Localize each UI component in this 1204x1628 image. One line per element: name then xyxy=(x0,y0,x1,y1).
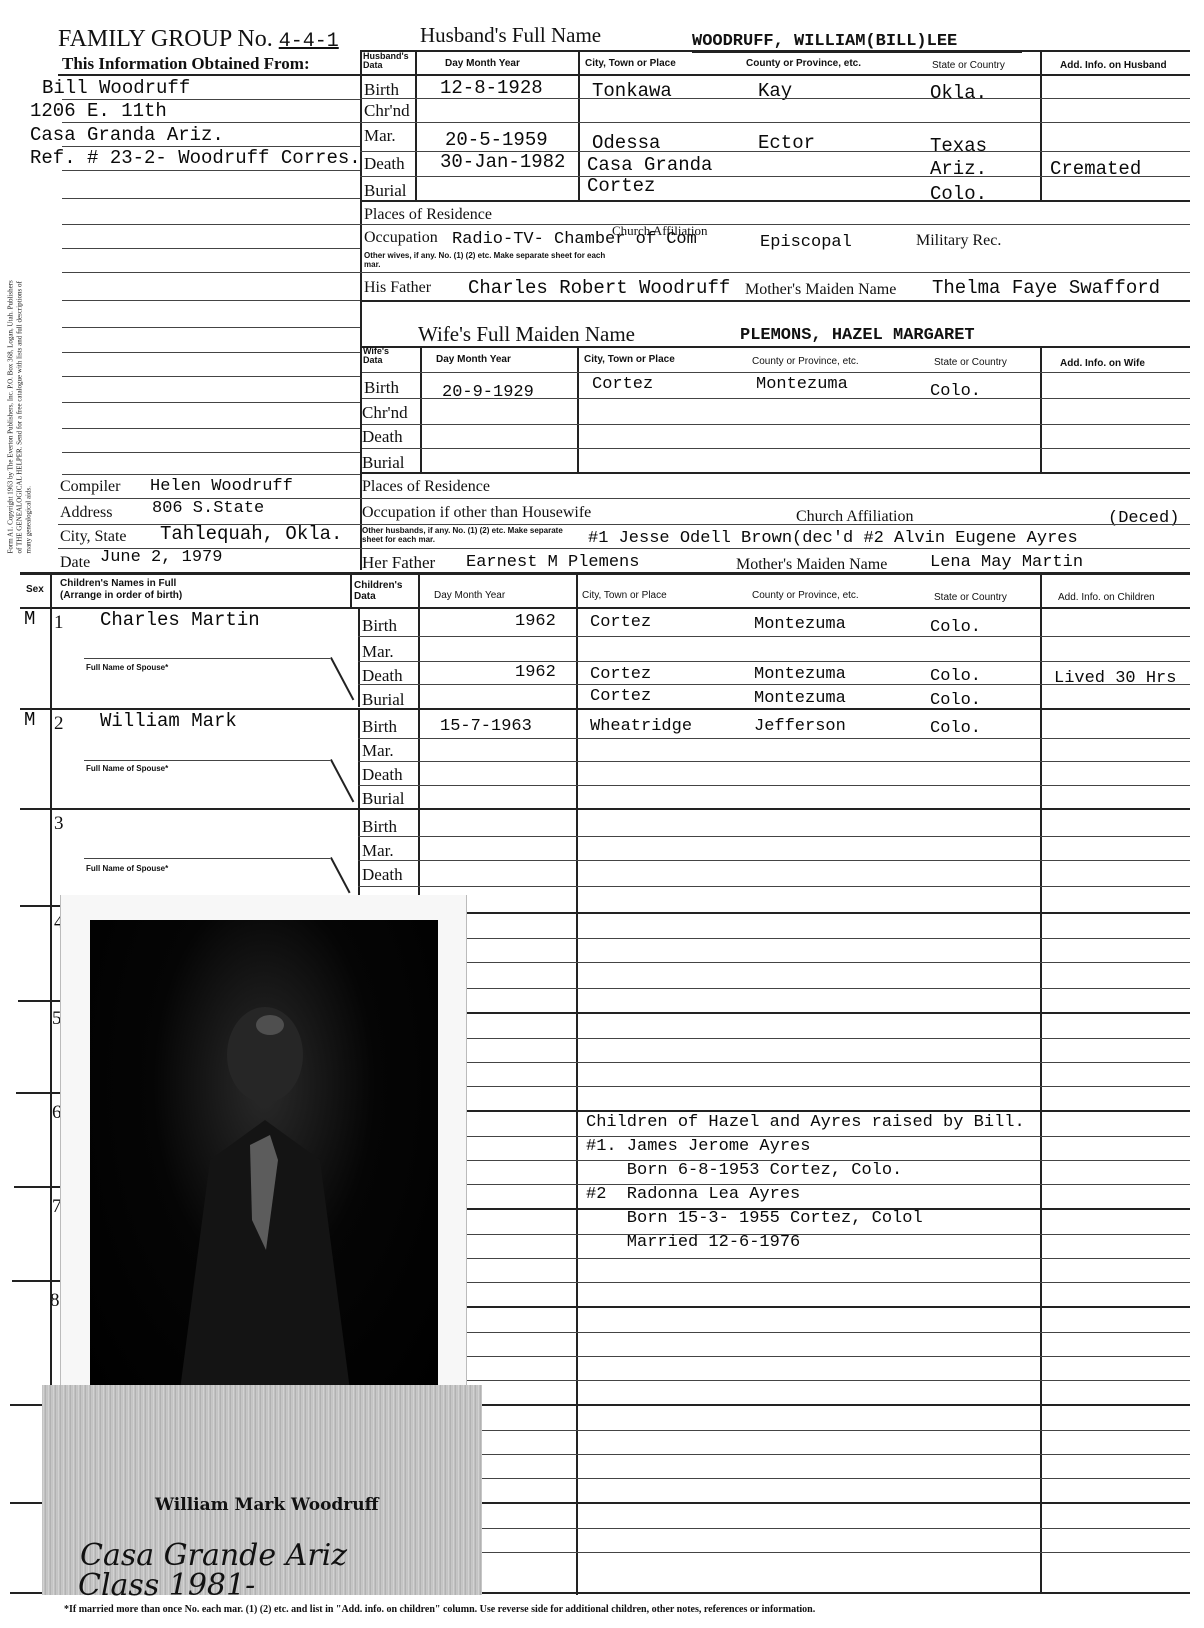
note-line-4: #2 Radonna Lea Ayres xyxy=(586,1184,800,1206)
other-husbands: #1 Jesse Odell Brown(dec'd #2 Alvin Euge… xyxy=(588,528,1078,550)
address-label: Address xyxy=(60,504,112,522)
wife-row-burial: Burial xyxy=(362,454,405,472)
source-line-3: Casa Granda Ariz. xyxy=(30,124,224,146)
form-title-label: FAMILY GROUP No. xyxy=(58,26,273,52)
portrait-figure-icon xyxy=(90,920,438,1390)
source-line-1: Bill Woodruff xyxy=(42,77,190,99)
husband-occupation-label: Occupation xyxy=(364,229,438,247)
note-line-1: Children of Hazel and Ayres raised by Bi… xyxy=(586,1112,1025,1134)
wife-full-name: PLEMONS, HAZEL MARGARET xyxy=(740,326,975,345)
date-value: June 2, 1979 xyxy=(100,547,222,569)
wife-county-header: County or Province, etc. xyxy=(752,356,859,367)
compiler-label: Compiler xyxy=(60,478,120,496)
wife-row-death: Death xyxy=(362,428,403,446)
deced-note: (Deced) xyxy=(1108,508,1179,530)
portrait-photo xyxy=(90,920,438,1390)
husband-info-header: Add. Info. on Husband xyxy=(1060,60,1167,71)
date-label: Date xyxy=(60,554,90,572)
source-line-2: 1206 E. 11th xyxy=(30,100,167,122)
children-state-header: State or Country xyxy=(934,592,1007,603)
husband-county-header: County or Province, etc. xyxy=(746,58,861,69)
her-mother: Lena May Martin xyxy=(930,552,1083,574)
sex-header: Sex xyxy=(26,584,44,595)
husband-date-header: Day Month Year xyxy=(445,58,520,69)
his-mother-label: Mother's Maiden Name xyxy=(745,281,896,299)
wife-residence-label: Places of Residence xyxy=(362,478,490,496)
wife-name-label: Wife's Full Maiden Name xyxy=(418,322,635,347)
city-state-label: City, State xyxy=(60,528,127,546)
husband-city-header: City, Town or Place xyxy=(585,58,676,69)
children-info-header: Add. Info. on Children xyxy=(1058,592,1155,603)
his-father-label: His Father xyxy=(364,279,431,297)
children-date-header: Day Month Year xyxy=(434,590,505,601)
child-name: Charles Martin xyxy=(100,609,260,631)
children-names-header: Children's Names in Full xyxy=(60,578,176,589)
note-line-6: Married 12-6-1976 xyxy=(586,1232,800,1254)
row-number-8: 8 xyxy=(50,1292,60,1310)
note-line-2: #1. James Jerome Ayres xyxy=(586,1136,810,1158)
wife-row-chrnd: Chr'nd xyxy=(362,404,408,422)
note-line-5: Born 15-3- 1955 Cortez, Colol xyxy=(586,1208,923,1230)
husband-residence-label: Places of Residence xyxy=(364,206,492,224)
husband-full-name: WOODRUFF, WILLIAM(BILL)LEE xyxy=(692,32,957,51)
children-names-subheader: (Arrange in order of birth) xyxy=(60,590,182,601)
husband-military-label: Military Rec. xyxy=(916,232,1001,250)
other-husbands-label: Other husbands, if any. No. (1) (2) etc.… xyxy=(362,526,577,544)
photo-handwritten-line-2: Class 1981- xyxy=(78,1568,255,1603)
husband-data-header: Husband's Data xyxy=(363,52,413,70)
note-line-3: Born 6-8-1953 Cortez, Colo. xyxy=(586,1160,902,1182)
form-title: FAMILY GROUP No. 4-4-1 xyxy=(58,26,339,53)
her-father-label: Her Father xyxy=(362,554,435,572)
husband-name-label: Husband's Full Name xyxy=(420,23,601,48)
wife-info-header: Add. Info. on Wife xyxy=(1060,358,1145,369)
her-father: Earnest M Plemens xyxy=(466,552,639,574)
source-line-4: Ref. # 23-2- Woodruff Corres. xyxy=(30,147,361,169)
wife-city-header: City, Town or Place xyxy=(584,354,675,365)
his-mother: Thelma Faye Swafford xyxy=(932,277,1160,299)
source-label: This Information Obtained From: xyxy=(62,55,310,73)
copyright-notice: Form A1. Copyright 1963 by The Everton P… xyxy=(7,274,34,554)
footnote: *If married more than once No. each mar.… xyxy=(64,1604,815,1615)
wife-date-header: Day Month Year xyxy=(436,354,511,365)
wife-occupation-label: Occupation if other than Housewife xyxy=(362,504,591,522)
city-state-value: Tahlequah, Okla. xyxy=(160,523,342,545)
husband-state-header: State or Country xyxy=(932,60,1005,71)
compiler-value: Helen Woodruff xyxy=(150,476,293,498)
children-data-header: Children's Data xyxy=(354,580,409,602)
wife-state-header: State or Country xyxy=(934,357,1007,368)
child-name: William Mark xyxy=(100,710,237,732)
his-father: Charles Robert Woodruff xyxy=(468,277,730,299)
husband-church-label: Church Affiliation xyxy=(612,222,707,240)
other-wives-label: Other wives, if any. No. (1) (2) etc. Ma… xyxy=(364,251,614,269)
photo-printed-caption: William Mark Woodruff xyxy=(155,1495,379,1515)
children-city-header: City, Town or Place xyxy=(582,590,667,601)
children-county-header: County or Province, etc. xyxy=(752,590,859,601)
wife-data-header: Wife's Data xyxy=(363,347,408,365)
address-value: 806 S.State xyxy=(152,498,264,520)
husband-church: Episcopal xyxy=(760,232,852,254)
husband-row-chrnd: Chr'nd xyxy=(364,102,410,120)
group-number: 4-4-1 xyxy=(279,30,339,53)
